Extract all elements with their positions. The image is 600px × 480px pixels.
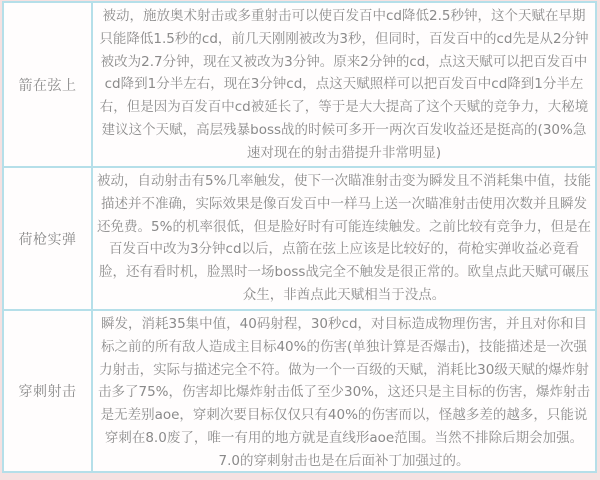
skill-name-cell: 荷枪实弹 — [4, 168, 93, 309]
skill-description-cell: 瞬发，消耗35集中值，40码射程，30秒cd，对目标造成物理伤害，并且对你和目标… — [93, 311, 595, 471]
skill-name-cell: 穿刺射击 — [4, 311, 93, 471]
table-row: 穿刺射击 瞬发，消耗35集中值，40码射程，30秒cd，对目标造成物理伤害，并且… — [4, 311, 595, 471]
skill-description-cell: 被动，施放奥术射击或多重射击可以使百发百中cd降低2.5秒钟，这个天赋在早期只能… — [93, 3, 595, 166]
skill-description-cell: 被动，自动射击有5%几率触发，使下一次瞄准射击变为瞬发且不消耗集中值，技能描述并… — [93, 168, 595, 309]
page: { "page": { "background_color": "#f6e1e1… — [0, 0, 600, 480]
table-row: 荷枪实弹 被动，自动射击有5%几率触发，使下一次瞄准射击变为瞬发且不消耗集中值，… — [4, 168, 595, 311]
table-row: 箭在弦上 被动，施放奥术射击或多重射击可以使百发百中cd降低2.5秒钟，这个天赋… — [4, 3, 595, 168]
skill-talent-table: 箭在弦上 被动，施放奥术射击或多重射击可以使百发百中cd降低2.5秒钟，这个天赋… — [2, 1, 597, 473]
skill-name-cell: 箭在弦上 — [4, 3, 93, 166]
